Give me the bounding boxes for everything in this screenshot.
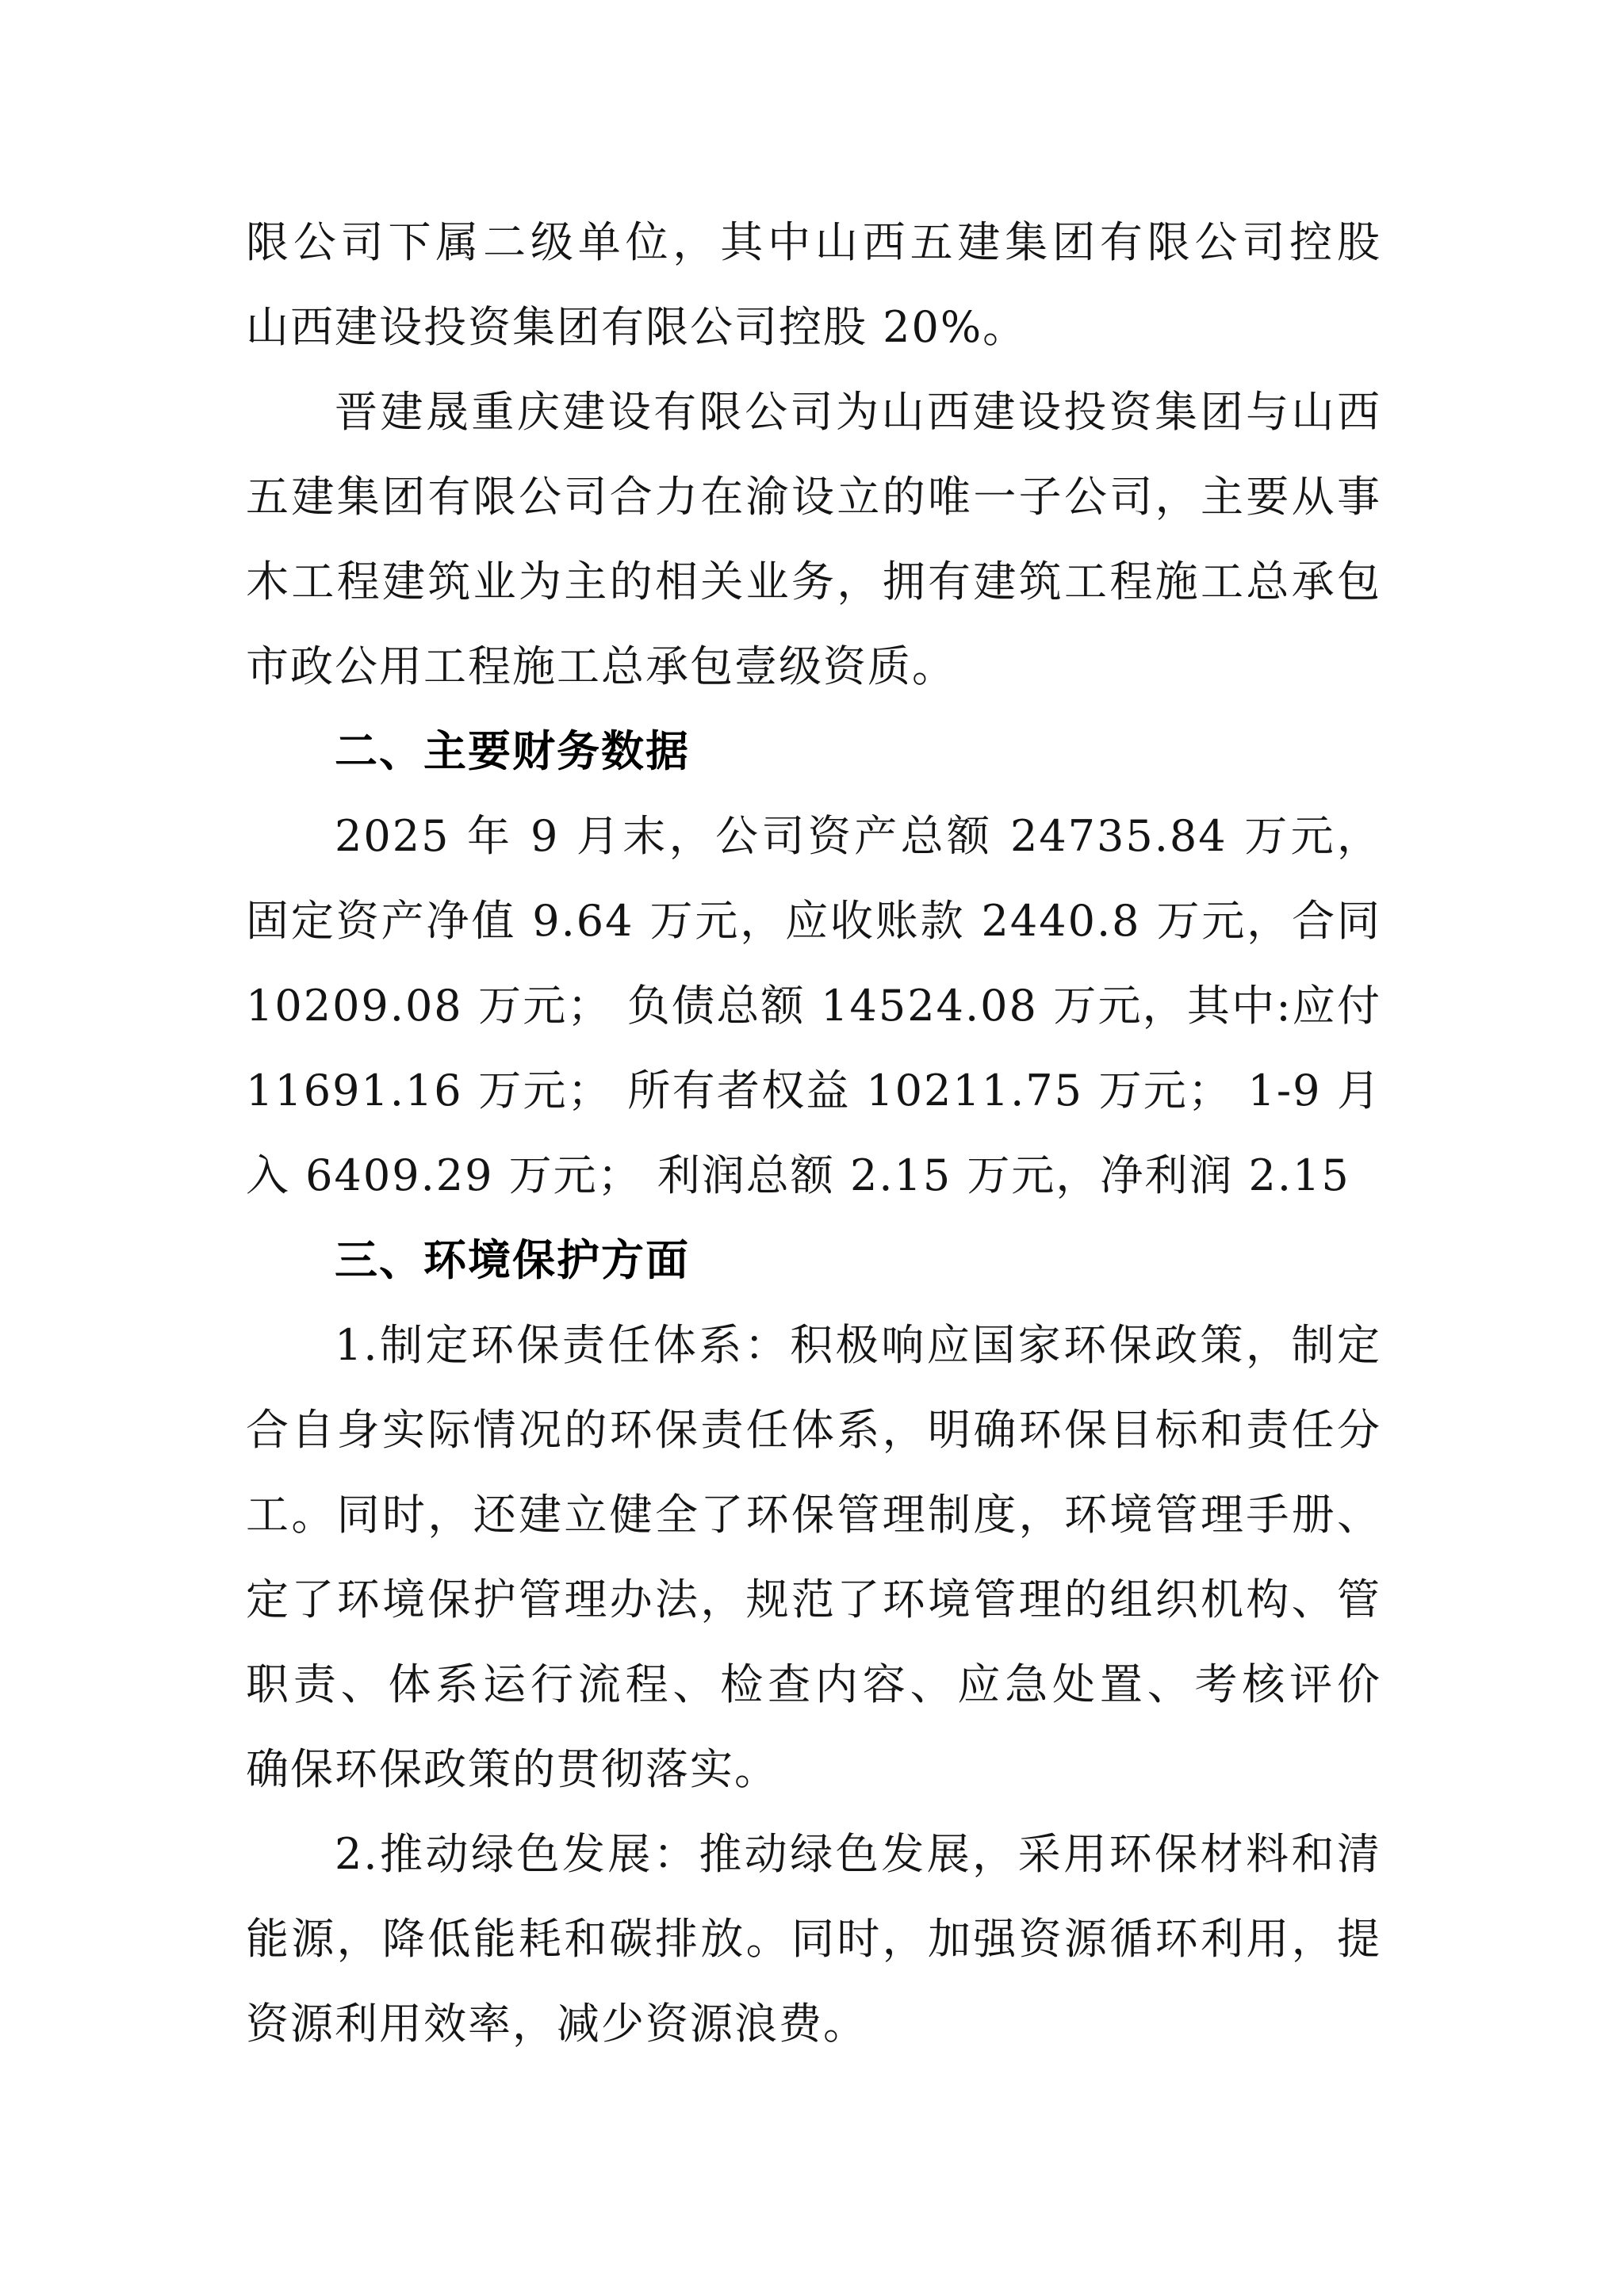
document-line: 10209.08 万元； 负债总额 14524.08 万元，其中:应付账款 (246, 963, 1381, 1048)
document-line: 资源利用效率，减少资源浪费。 (246, 1981, 1381, 2066)
document-line: 山西建设投资集团有限公司控股 20%。 (246, 285, 1381, 369)
section-heading-environment: 三、环境保护方面 (246, 1218, 1381, 1303)
document-line: 职责、体系运行流程、检查内容、应急处置、考核评价等， (246, 1642, 1381, 1727)
document-line: 11691.16 万元； 所有者权益 10211.75 万元； 1-9 月营业收 (246, 1048, 1381, 1133)
document-line: 限公司下属二级单位，其中山西五建集团有限公司控股 80%， (246, 200, 1381, 285)
document-line: 固定资产净值 9.64 万元，应收账款 2440.8 万元，合同资产： (246, 878, 1381, 963)
document-line: 定了环境保护管理办法，规范了环境管理的组织机构、管理 (246, 1557, 1381, 1642)
document-line: 晋建晟重庆建设有限公司为山西建设投资集团与山西 (246, 369, 1381, 454)
document-line: 合自身实际情况的环保责任体系，明确环保目标和责任分 (246, 1387, 1381, 1472)
document-line: 1.制定环保责任体系：积极响应国家环保政策，制定符 (246, 1303, 1381, 1387)
document-line: 确保环保政策的贯彻落实。 (246, 1727, 1381, 1812)
document-line: 五建集团有限公司合力在渝设立的唯一子公司，主要从事土 (246, 454, 1381, 539)
document-line: 能源，降低能耗和碳排放。同时，加强资源循环利用，提高 (246, 1896, 1381, 1981)
document-line: 2025 年 9 月末，公司资产总额 24735.84 万元，其中： (246, 794, 1381, 878)
document-page: 限公司下属二级单位，其中山西五建集团有限公司控股 80%， 山西建设投资集团有限… (0, 0, 1624, 2296)
document-body: 限公司下属二级单位，其中山西五建集团有限公司控股 80%， 山西建设投资集团有限… (246, 200, 1381, 2066)
document-line: 市政公用工程施工总承包壹级资质。 (246, 624, 1381, 709)
document-line: 2.推动绿色发展：推动绿色发展，采用环保材料和清洁 (246, 1812, 1381, 1896)
document-line: 工。同时，还建立健全了环保管理制度，环境管理手册、制 (246, 1472, 1381, 1557)
document-line: 木工程建筑业为主的相关业务，拥有建筑工程施工总承包和 (246, 539, 1381, 624)
section-heading-finance: 二、主要财务数据 (246, 709, 1381, 794)
document-line: 入 6409.29 万元； 利润总额 2.15 万元，净利润 2.15 万元。 (246, 1133, 1381, 1218)
